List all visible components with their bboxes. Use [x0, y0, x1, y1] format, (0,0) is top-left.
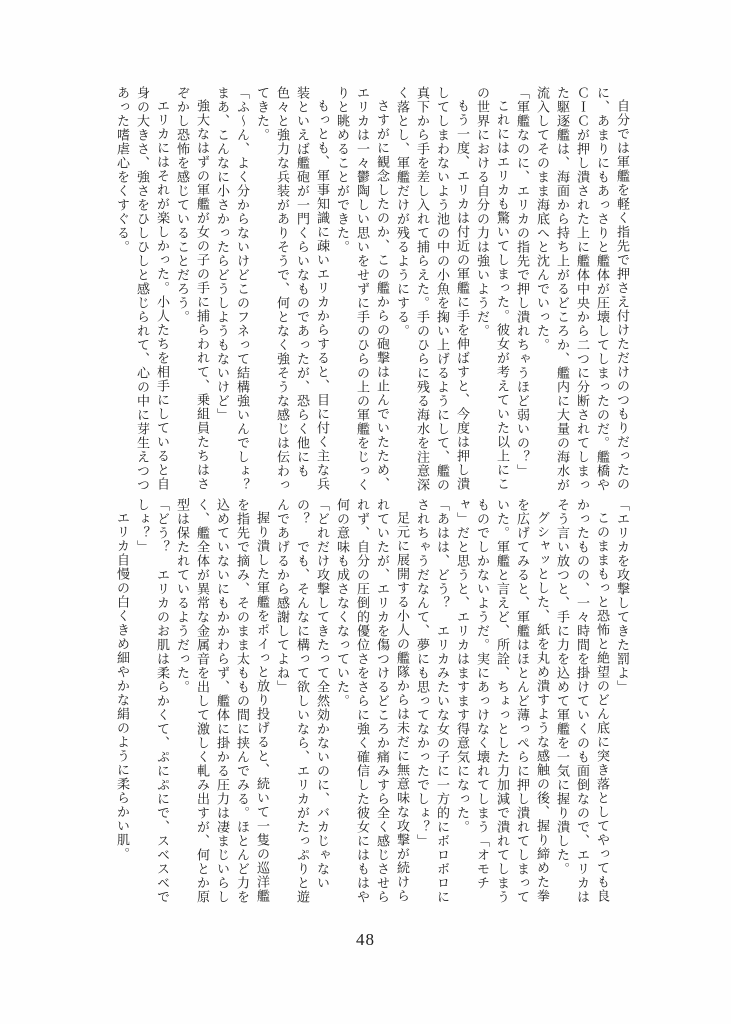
top-text-block: 自分では軍艦を軽く指先で押さえ付けただけのつもりだったのに、あまりにもあっさりと… — [111, 86, 632, 498]
paragraph: 「エリカを攻撃してきた罰よ」 — [612, 498, 632, 910]
paragraph: もっとも、軍事知識に疎いエリカからすると、目に付く主な兵装といえば艦砲が一門くら… — [252, 86, 332, 498]
paragraph: 握り潰した軍艦をポイっと放り投げると、続いて一隻の巡洋艦を指先で摘み、そのまま太… — [172, 498, 272, 910]
paragraph: 強大なはずの軍艦が女の子の手に捕らわれて、乗組員たちはさぞかし恐怖を感じているこ… — [172, 86, 212, 498]
paragraph: グシャッとした、紙を丸め潰すような感触の後、握り締めた拳を広げてみると、軍艦はほ… — [452, 498, 552, 910]
paragraph: エリカ自慢の白くきめ細やかな絹のように柔らかい肌。 — [112, 498, 132, 910]
paragraph: 「どれだけ攻撃してきたって全然効かないのに、バカじゃないの？ でも、そんなに構っ… — [272, 498, 332, 910]
paragraph: さすがに観念したのか、この艦からの砲撃は止んでいたため、エリカは一々鬱陶しい思い… — [332, 86, 392, 498]
paragraph: 足元に展開する小人の艦隊からは未だに無意味な攻撃が続けられていたが、エリカを傷つ… — [332, 498, 412, 910]
paragraph: 「軍艦なのに、エリカの指先で押し潰れちゃうほど弱いの？」 — [512, 86, 532, 498]
paragraph: エリカにはそれが楽しかった。小人たちを相手にしていると自身の大きさ、強さをひしひ… — [112, 86, 172, 498]
paragraph: 「どう？ エリカのお肌は柔らかくて、ぷにぷにで、スベスベでしょ？」 — [132, 498, 172, 910]
page-number: 48 — [0, 930, 731, 950]
scanned-novel-page: 自分では軍艦を軽く指先で押さえ付けただけのつもりだったのに、あまりにもあっさりと… — [0, 0, 731, 1024]
paragraph: もう一度、エリカは付近の軍艦に手を伸ばすと、今度は押し潰してしまわないよう池の中… — [392, 86, 472, 498]
paragraph: このままもっと恐怖と絶望のどん底に突き落としてやっても良かったものの、一々時間を… — [552, 498, 612, 910]
paragraph: これにはエリカも驚いてしまった。彼女が考えていた以上にこの世界における自分の力は… — [472, 86, 512, 498]
paragraph: 「あはは、どう？ エリカみたいな女の子に一方的にボロボロにされちゃうだなんて、夢… — [412, 498, 452, 910]
paragraph: 自分では軍艦を軽く指先で押さえ付けただけのつもりだったのに、あまりにもあっさりと… — [532, 86, 632, 498]
bottom-text-block: 「エリカを攻撃してきた罰よ」このままもっと恐怖と絶望のどん底に突き落としてやって… — [111, 498, 632, 910]
paragraph: 「ふ〜ん、よく分からないけどこのフネって結構強いんでしょ？ まあ、こんなに小さか… — [212, 86, 252, 498]
